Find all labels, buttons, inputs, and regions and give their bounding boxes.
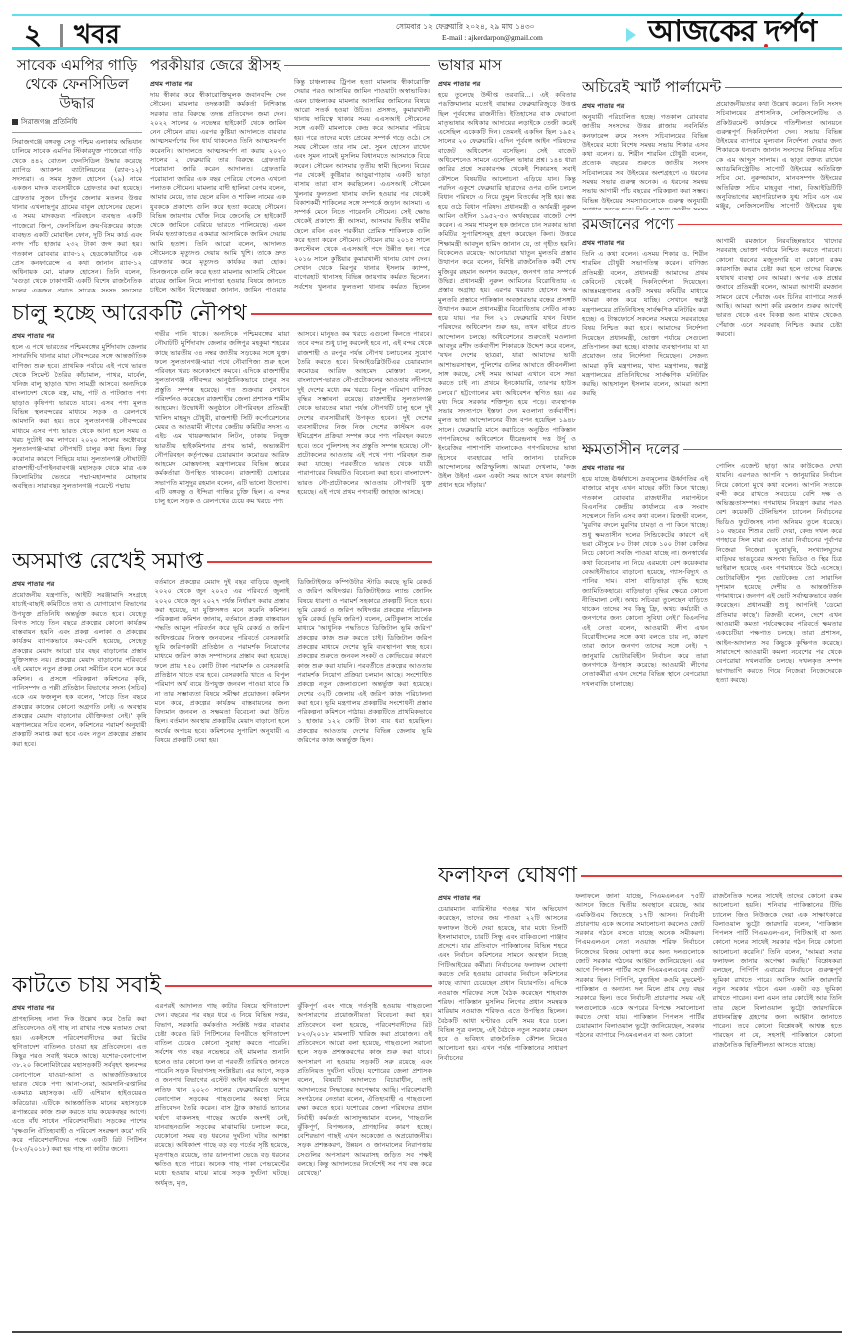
article-headline[interactable]: অচিরেই স্মার্ট পার্লামেন্ট [582,78,842,97]
article-body: প্রয়োজনীয়তার কথা উল্লেখ করেন। তিনি সংস… [716,100,842,210]
headline-rule [284,65,430,67]
article-body: ফলাফলে জানা যাচ্ছে, পিএমএলএন ৭৫টি আসনে জ… [575,892,704,1041]
article-column: প্রথম পাতার পর হলে এ পথে ভারতের পশ্চিমবঙ… [12,330,147,507]
headline-text[interactable]: রমজানের পণ্যে [582,215,674,234]
article-body: বর্তমানে প্রকল্পের মেয়াদ দুই বছর বাড়িয… [155,578,290,745]
article-body: কিন্তু চাঞ্চল্যকর ট্রিপল হত্যা মামলায় স… [294,78,430,292]
article-column: প্রথম পাতার পর প্রাণহানিসহ নানা দিক উল্ল… [12,1002,147,1188]
article-bhashar-mash: ভাষার মাস প্রথম পাতার পর হয়ে তুলেছে উদ্… [438,56,576,854]
article-body: হলে এ পথে ভারতের পশ্চিমবঙ্গের মুর্শিদাবা… [12,343,147,492]
top-rule [12,14,430,16]
headline-rule [678,224,842,226]
article-khomotashin: ক্ষমতাসীন দলের প্রথম পাতার পর হয়ে যাচ্ছ… [582,440,842,854]
article-column: প্রথম পাতার পর প্রয়োজনীয় যন্ত্রপাতি, আ… [12,578,147,749]
article-headline[interactable]: পরকীয়ার জেরে স্ত্রীসহ [150,56,430,75]
article-column: প্রথম পাতার পর চেয়ারম্যান ব্যারিস্টার গ… [438,892,567,1063]
article-body: সিরাজগঞ্জে বঙ্গবন্ধু সেতু পশ্চিম এলাকায়… [12,138,142,292]
article-headline[interactable]: কাটতে চায় সবাই [12,972,432,1000]
article-phensidyl: সাবেক এমপির গাড়ি থেকে ফেনসিডিল উদ্ধার স… [12,56,142,292]
article-column: ফলাফলে জানা যাচ্ছে, পিএমএলএন ৭৫টি আসনে জ… [575,892,704,1063]
byline-text: সিরাজগঞ্জ প্রতিনিধি [21,116,77,128]
continued-label: প্রথম পাতার পর [12,578,147,590]
article-body: ডিজিটাইজড কম্পিউটার স্টাডি করছে ভূমি রেক… [297,578,432,745]
article-headline[interactable]: ভাষার মাস [438,56,576,75]
email-address[interactable]: E-mail : ajkerdarpon@gmail.com [442,33,543,42]
article-column: ডিজিটাইজড কম্পিউটার স্টাডি করছে ভূমি রেক… [297,578,432,749]
article-headline[interactable]: চালু হচ্ছে আরেকটি নৌপথ [12,300,432,328]
article-body: আগামী রমজানে নিরবচ্ছিন্নভাবে খাদ্যের সরব… [716,237,842,339]
article-column: এরপরই আদালত গাছ কাটার বিষয়ে স্থগিতাদেশ … [155,1002,290,1188]
article-body: গভীর পানি থাকে। অন্যদিকে পশ্চিমবঙ্গের মা… [155,330,290,507]
article-column: প্রথম পাতার পর দায় স্বীকার করে স্বীকারো… [150,78,286,292]
article-headline[interactable]: ফলাফল ঘোষণা [438,862,842,890]
triangle-play-icon [626,28,636,42]
headline-rule [165,985,432,987]
byline: সিরাজগঞ্জ প্রতিনিধি [12,116,142,133]
article-body: ঝুঁকিপূর্ণ এবং গাছে গর্তসৃষ্টি হওয়ায় গ… [297,1002,432,1179]
section-title: খবর [74,20,120,50]
article-column: কিন্তু চাঞ্চল্যকর ট্রিপল হত্যা মামলায় স… [294,78,430,292]
headline-text[interactable]: অসমাপ্ত রেখেই সমাপ্ত [12,548,203,576]
headline-rule [683,449,842,451]
headline-rule [251,313,432,315]
article-column: আগামী রমজানে নিরবচ্ছিন্নভাবে খাদ্যের সরব… [716,237,842,399]
article-body: রাজনৈতিক দলের সাথেই তাদের কোনো রকম আলোচন… [713,892,842,1050]
article-column: বর্তমানে প্রকল্পের মেয়াদ দুই বছর বাড়িয… [155,578,290,749]
headline-text[interactable]: কাটতে চায় সবাই [12,972,161,1000]
article-body: পোলিং এজেন্ট ছাড়া আর কাউকেও দেখা যায়নি… [716,462,842,685]
continued-label: প্রথম পাতার পর [150,78,286,90]
masthead-text: আজকের দর্পণ [648,14,816,49]
article-column: প্রথম পাতার পর তিনি এ কথা বলেন। এসময় শি… [582,237,708,399]
headline-text[interactable]: পরকীয়ার জেরে স্ত্রীসহ [150,56,280,75]
byline-square-icon [12,119,18,125]
article-body: প্রয়োজনীয় যন্ত্রপাতি, আইটি সরঞ্জামাদি … [12,591,147,749]
article-body: আসবে। মানুষও কম খরচে এগুলো কিনতে পারবে। … [297,330,432,497]
continued-label: প্রথম পাতার পর [582,100,708,112]
article-column: প্রয়োজনীয়তার কথা উল্লেখ করেন। তিনি সংস… [716,100,842,210]
headline-text[interactable]: ক্ষমতাসীন দলের [582,440,679,459]
continued-label: প্রথম পাতার পর [582,237,708,249]
header-rule [12,47,842,50]
article-body: হয়ে তুলেছে উদ্দীপ্ত তরবারি...। এই কবিতা… [438,91,576,491]
article-headline[interactable]: অসমাপ্ত রেখেই সমাপ্ত [12,548,432,576]
article-column: পোলিং এজেন্ট ছাড়া আর কাউকেও দেখা যায়নি… [716,462,842,689]
headline-text[interactable]: চালু হচ্ছে আরেকটি নৌপথ [12,300,247,328]
continued-label: প্রথম পাতার পর [12,330,147,342]
article-column: প্রথম পাতার পর হয়ে যাচ্ছে ঊর্ধ্বশ্বাসে।… [582,462,708,689]
article-noupoth: চালু হচ্ছে আরেকটি নৌপথ প্রথম পাতার পর হল… [12,300,432,540]
article-smart-parliament: অচিরেই স্মার্ট পার্লামেন্ট প্রথম পাতার প… [582,78,842,210]
continued-label: প্রথম পাতার পর [438,892,567,904]
article-body: অনুযায়ী পরিচালিত হচ্ছে। গতকাল রোববার জা… [582,113,708,210]
article-column: আসবে। মানুষও কম খরচে এগুলো কিনতে পারবে। … [297,330,432,507]
article-ramjan: রমজানের পণ্যে প্রথম পাতার পর তিনি এ কথা … [582,215,842,437]
article-headline[interactable]: রমজানের পণ্যে [582,215,842,234]
article-oshomapto: অসমাপ্ত রেখেই সমাপ্ত প্রথম পাতার পর প্রয… [12,548,432,966]
continued-label: প্রথম পাতার পর [12,1002,147,1014]
article-body: তিনি এ কথা বলেন। এসময় শিকার ড. শিরীন শা… [582,250,708,399]
article-column: ঝুঁকিপূর্ণ এবং গাছে গর্তসৃষ্টি হওয়ায় গ… [297,1002,432,1188]
article-column: প্রথম পাতার পর অনুযায়ী পরিচালিত হচ্ছে। … [582,100,708,210]
headline-text[interactable]: ফলাফল ঘোষণা [438,862,577,890]
headline-rule [207,561,432,563]
article-folafol: ফলাফল ঘোষণা প্রথম পাতার পর চেয়ারম্যান ব… [438,862,842,1328]
headline-text[interactable]: অচিরেই স্মার্ট পার্লামেন্ট [582,78,721,97]
article-column: গভীর পানি থাকে। অন্যদিকে পশ্চিমবঙ্গের মা… [155,330,290,507]
article-body: এরপরই আদালত গাছ কাটার বিষয়ে স্থগিতাদেশ … [155,1002,290,1188]
bottom-rule [12,1331,842,1333]
headline-text[interactable]: ভাষার মাস [438,56,502,75]
masthead-logo: আজকের দর্পণ [648,14,816,50]
headline-rule [725,87,842,89]
article-headline[interactable]: ক্ষমতাসীন দলের [582,440,842,459]
article-body: প্রাণহানিসহ নানা দিক উল্লেখ করে তৈরি করা… [12,1015,147,1154]
headline-rule [581,875,842,877]
article-body: দায় স্বীকার করে স্বীকারোক্তিমূলক জবানবন… [150,91,286,292]
article-body: হয়ে যাচ্ছে ঊর্ধ্বশ্বাসে। দ্রব্যমূল্যের … [582,475,708,689]
article-porokiya: পরকীয়ার জেরে স্ত্রীসহ প্রথম পাতার পর দা… [150,56,430,292]
article-body: চেয়ারম্যান ব্যারিস্টার গওহর খান অভিযোগ … [438,905,567,1063]
page-number: ২ [24,20,42,50]
continued-label: প্রথম পাতার পর [582,462,708,474]
page-separator [60,24,63,48]
article-headline[interactable]: সাবেক এমপির গাড়ি থেকে ফেনসিডিল উদ্ধার [12,56,142,113]
article-katte-chay: কাটতে চায় সবাই প্রথম পাতার পর প্রাণহানি… [12,972,432,1328]
continued-label: প্রথম পাতার পর [438,78,576,90]
article-column: রাজনৈতিক দলের সাথেই তাদের কোনো রকম আলোচন… [713,892,842,1063]
